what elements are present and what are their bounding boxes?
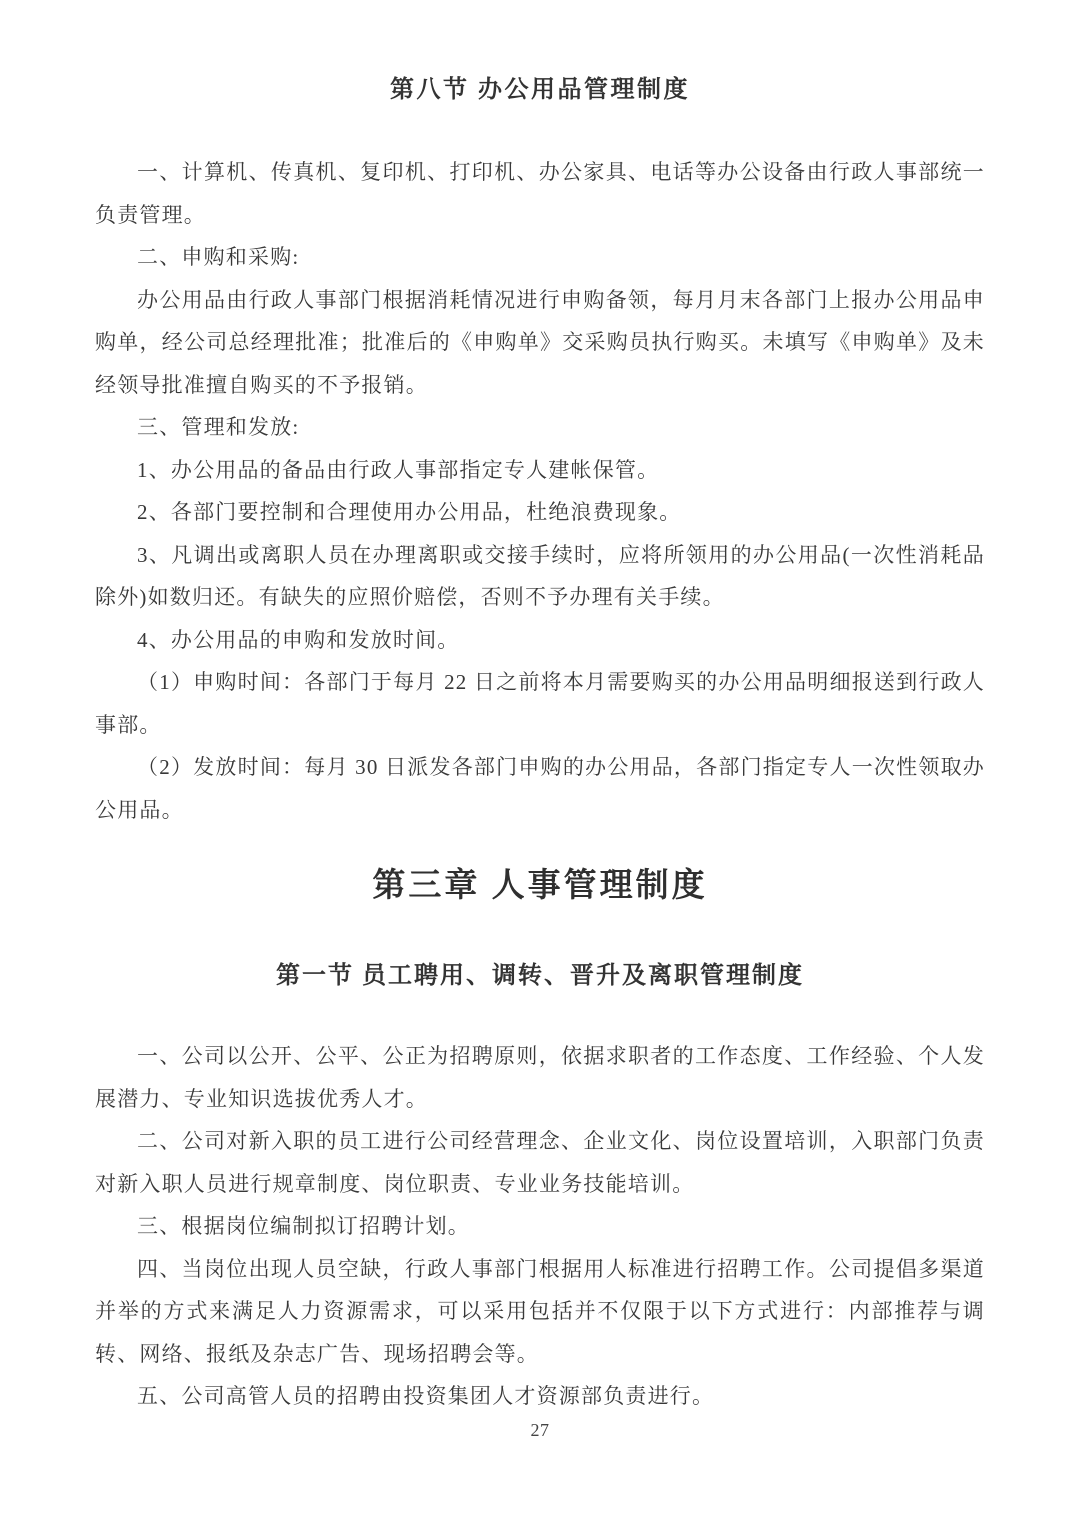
body-paragraph: 五、公司高管人员的招聘由投资集团人才资源部负责进行。 (95, 1375, 985, 1418)
body-paragraph: 1、办公用品的备品由行政人事部指定专人建帐保管。 (95, 449, 985, 492)
body-paragraph: 三、根据岗位编制拟订招聘计划。 (95, 1205, 985, 1248)
body-paragraph: 四、当岗位出现人员空缺，行政人事部门根据用人标准进行招聘工作。公司提倡多渠道并举… (95, 1248, 985, 1376)
page-number: 27 (95, 1419, 985, 1441)
body-paragraph: 二、公司对新入职的员工进行公司经营理念、企业文化、岗位设置培训，入职部门负责对新… (95, 1120, 985, 1205)
chapter-3-heading: 第三章 人事管理制度 (95, 863, 985, 909)
body-paragraph: （2）发放时间：每月 30 日派发各部门申购的办公用品，各部门指定专人一次性领取… (95, 746, 985, 831)
body-paragraph: 2、各部门要控制和合理使用办公用品，杜绝浪费现象。 (95, 491, 985, 534)
body-paragraph: 一、公司以公开、公平、公正为招聘原则，依据求职者的工作态度、工作经验、个人发展潜… (95, 1035, 985, 1120)
chapter-3-section-1-body: 一、公司以公开、公平、公正为招聘原则，依据求职者的工作态度、工作经验、个人发展潜… (95, 1035, 985, 1418)
body-paragraph: 三、管理和发放: (95, 406, 985, 449)
body-paragraph: 一、计算机、传真机、复印机、打印机、办公家具、电话等办公设备由行政人事部统一负责… (95, 151, 985, 236)
body-paragraph: 3、凡调出或离职人员在办理离职或交接手续时，应将所领用的办公用品(一次性消耗品除… (95, 534, 985, 619)
body-paragraph: 4、办公用品的申购和发放时间。 (95, 619, 985, 662)
chapter-3-section-1-heading: 第一节 员工聘用、调转、晋升及离职管理制度 (95, 959, 985, 993)
body-paragraph: 二、申购和采购: (95, 236, 985, 279)
section-8-heading: 第八节 办公用品管理制度 (95, 77, 985, 103)
body-paragraph: 办公用品由行政人事部门根据消耗情况进行申购备领，每月月末各部门上报办公用品申购单… (95, 279, 985, 407)
body-paragraph: （1）申购时间：各部门于每月 22 日之前将本月需要购买的办公用品明细报送到行政… (95, 661, 985, 746)
section-8-body: 一、计算机、传真机、复印机、打印机、办公家具、电话等办公设备由行政人事部统一负责… (95, 151, 985, 831)
document-page: 第八节 办公用品管理制度 一、计算机、传真机、复印机、打印机、办公家具、电话等办… (0, 0, 1080, 1527)
